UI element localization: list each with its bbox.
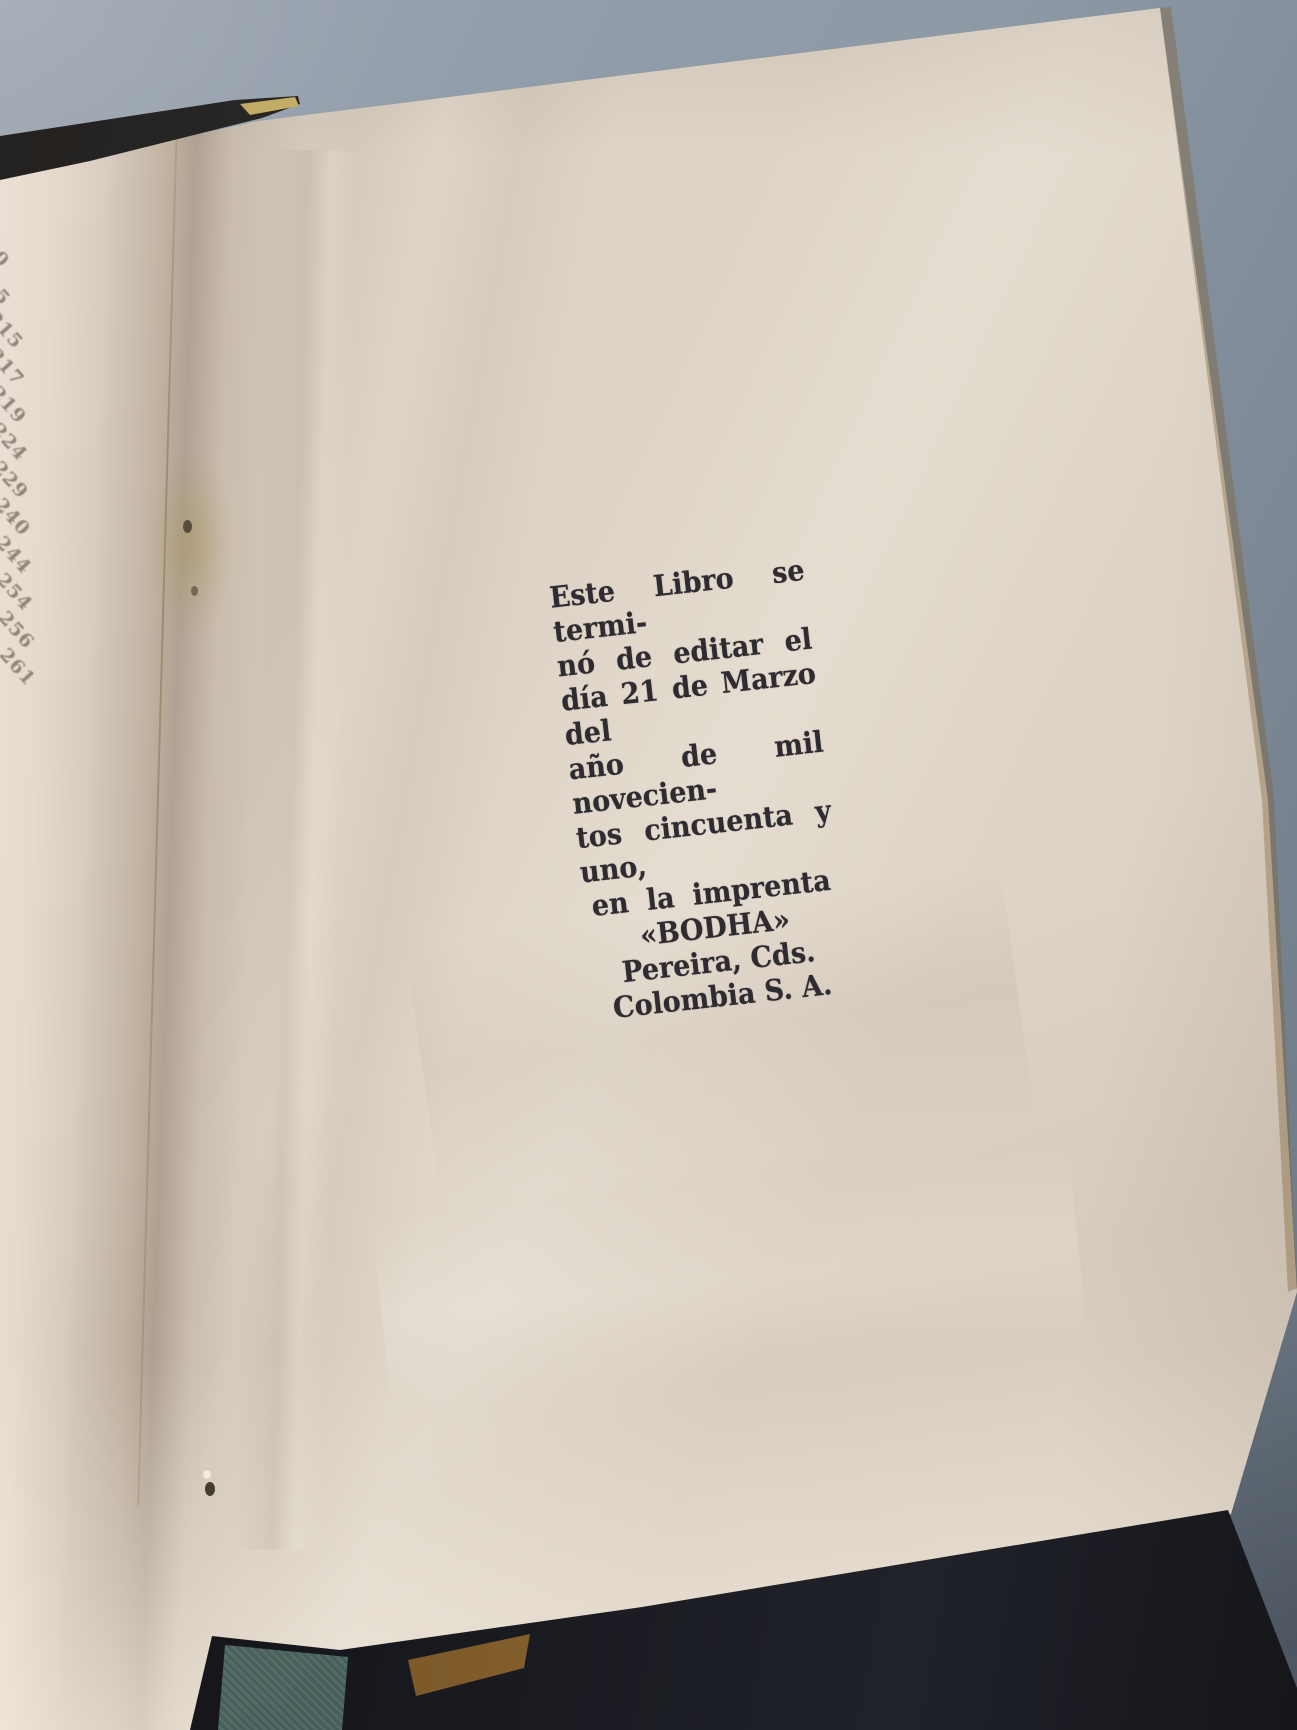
edge-page-number: 95 bbox=[0, 274, 15, 310]
edge-page-number: 215 bbox=[0, 307, 28, 353]
colophon-text: Este Libro se termi- nó de editar el día… bbox=[548, 554, 852, 1029]
edge-page-number: 40 bbox=[0, 236, 14, 272]
book-photo: 5 40 95 215 217 219 224 229 240 244 254 … bbox=[0, 0, 1297, 1730]
